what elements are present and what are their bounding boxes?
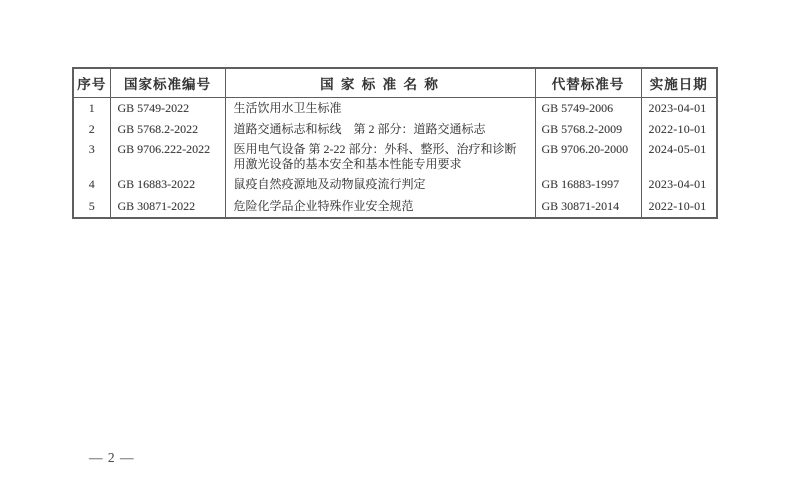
header-implementation-date: 实施日期 <box>641 68 717 97</box>
standards-table: 序号 国家标准编号 国 家 标 准 名 称 代替标准号 实施日期 1 GB 57… <box>72 67 718 219</box>
table-row: 1 GB 5749-2022 生活饮用水卫生标准 GB 5749-2006 20… <box>73 97 717 119</box>
cell-standard-code: GB 5749-2022 <box>110 97 225 119</box>
cell-standard-name: 医用电气设备 第 2-22 部分：外科、整形、治疗和诊断用激光设备的基本安全和基… <box>225 139 535 173</box>
cell-replaced-code: GB 16883-1997 <box>535 173 641 195</box>
cell-implementation-date: 2023-04-01 <box>641 97 717 119</box>
cell-implementation-date: 2022-10-01 <box>641 119 717 139</box>
cell-replaced-code: GB 5749-2006 <box>535 97 641 119</box>
cell-standard-name: 道路交通标志和标线 第 2 部分：道路交通标志 <box>225 119 535 139</box>
cell-standard-name: 危险化学品企业特殊作业安全规范 <box>225 195 535 218</box>
cell-standard-code: GB 30871-2022 <box>110 195 225 218</box>
cell-seq: 5 <box>73 195 110 218</box>
table-header-row: 序号 国家标准编号 国 家 标 准 名 称 代替标准号 实施日期 <box>73 68 717 97</box>
header-standard-code: 国家标准编号 <box>110 68 225 97</box>
cell-seq: 4 <box>73 173 110 195</box>
cell-replaced-code: GB 9706.20-2000 <box>535 139 641 173</box>
cell-standard-code: GB 9706.222-2022 <box>110 139 225 173</box>
cell-seq: 2 <box>73 119 110 139</box>
header-seq: 序号 <box>73 68 110 97</box>
cell-replaced-code: GB 5768.2-2009 <box>535 119 641 139</box>
table-row: 5 GB 30871-2022 危险化学品企业特殊作业安全规范 GB 30871… <box>73 195 717 218</box>
cell-implementation-date: 2024-05-01 <box>641 139 717 173</box>
table-row: 3 GB 9706.222-2022 医用电气设备 第 2-22 部分：外科、整… <box>73 139 717 173</box>
cell-standard-code: GB 16883-2022 <box>110 173 225 195</box>
cell-implementation-date: 2022-10-01 <box>641 195 717 218</box>
scanned-document-page: 序号 国家标准编号 国 家 标 准 名 称 代替标准号 实施日期 1 GB 57… <box>0 0 799 482</box>
cell-seq: 3 <box>73 139 110 173</box>
cell-replaced-code: GB 30871-2014 <box>535 195 641 218</box>
cell-standard-name: 生活饮用水卫生标准 <box>225 97 535 119</box>
cell-implementation-date: 2023-04-01 <box>641 173 717 195</box>
table-row: 2 GB 5768.2-2022 道路交通标志和标线 第 2 部分：道路交通标志… <box>73 119 717 139</box>
cell-standard-code: GB 5768.2-2022 <box>110 119 225 139</box>
cell-standard-name: 鼠疫自然疫源地及动物鼠疫流行判定 <box>225 173 535 195</box>
header-standard-name: 国 家 标 准 名 称 <box>225 68 535 97</box>
page-number: — 2 — <box>89 450 135 466</box>
header-replaced-code: 代替标准号 <box>535 68 641 97</box>
table-row: 4 GB 16883-2022 鼠疫自然疫源地及动物鼠疫流行判定 GB 1688… <box>73 173 717 195</box>
cell-seq: 1 <box>73 97 110 119</box>
